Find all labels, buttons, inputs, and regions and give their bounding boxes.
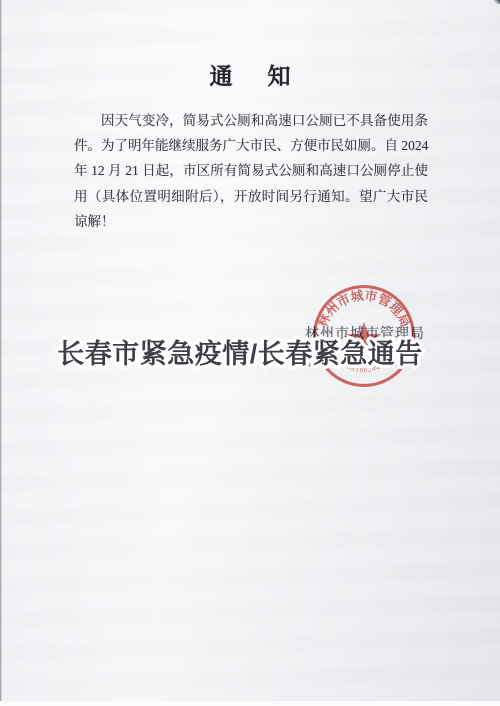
caption-banner: 长春市紧急疫情/长春紧急通告 xyxy=(0,330,500,376)
notice-body-line: 谅解！ xyxy=(74,209,428,234)
notice-title: 通 知 xyxy=(3,58,500,91)
caption-text: 长春市紧急疫情/长春紧急通告 xyxy=(57,338,423,369)
notice-body-line: 件。为了明年能继续服务广大市民、方便市民如厕。自 2024 xyxy=(74,133,428,158)
notice-body-line: 年 12 月 21 日起，市区所有简易式公厕和高速口公厕停止使 xyxy=(74,158,428,183)
notice-body-line: 因天气变冷，简易式公厕和高速口公厕已不具备使用条 xyxy=(74,108,428,133)
notice-body: 因天气变冷，简易式公厕和高速口公厕已不具备使用条 件。为了明年能继续服务广大市民… xyxy=(74,108,428,234)
notice-body-line: 用（具体位置明细附后），开放时间另行通知。望广大市民 xyxy=(74,184,428,209)
scan-corner-mark xyxy=(494,0,500,4)
scanned-paper: 通 知 因天气变冷，简易式公厕和高速口公厕已不具备使用条 件。为了明年能继续服务… xyxy=(0,0,500,706)
